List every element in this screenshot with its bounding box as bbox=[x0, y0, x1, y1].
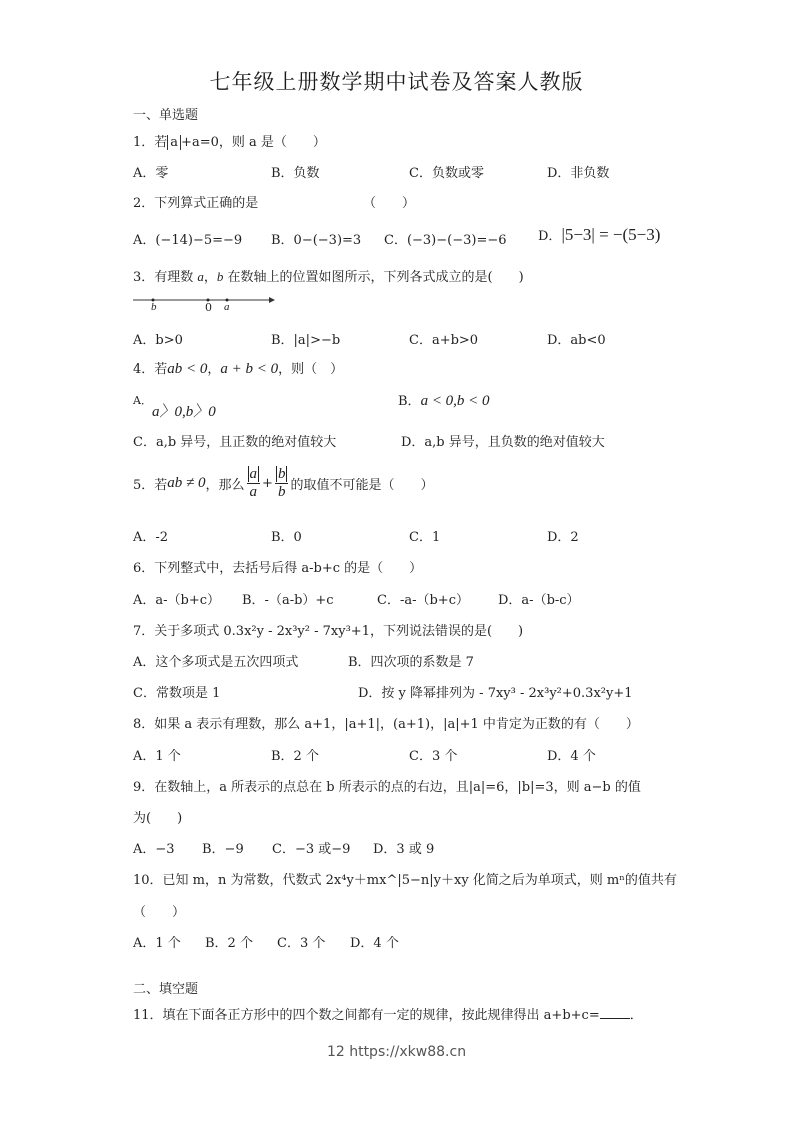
q4-option-b-label: B． bbox=[398, 394, 421, 409]
q8-option-c: C．3 个 bbox=[409, 745, 457, 764]
number-line-label-zero: 0 bbox=[205, 301, 212, 314]
q11-end: ． bbox=[630, 1008, 643, 1023]
q5-frac1-num: a bbox=[248, 466, 260, 482]
q5-cond: ab ≠ 0 bbox=[167, 475, 205, 491]
q3-option-b: B．|a|>−b bbox=[271, 329, 340, 348]
question-8-stem: 8．如果 a 表示有理数，那么 a+1，|a+1|，(a+1)，|a|+1 中肯… bbox=[133, 713, 639, 732]
q1-option-b: B．负数 bbox=[271, 162, 320, 181]
q4-option-b-math: a < 0,b < 0 bbox=[421, 393, 490, 409]
question-7-stem: 7．关于多项式 0.3x²y - 2x³y² - 7xy³+1，下列说法错误的是… bbox=[133, 620, 523, 639]
number-line-figure: b 0 a bbox=[133, 293, 273, 317]
q3-option-c: C．a+b>0 bbox=[409, 329, 478, 348]
q5-post: 的取值不可能是（ ） bbox=[290, 478, 433, 493]
q4-option-d: D．a,b 异号，且负数的绝对值较大 bbox=[401, 431, 605, 450]
q1-abs: a bbox=[167, 135, 181, 150]
document-page: 七年级上册数学期中试卷及答案人教版 一、单选题 1．若a+a=0，则 a 是（ … bbox=[0, 0, 793, 1122]
page-footer: 12 https://xkw88.cn bbox=[0, 1044, 793, 1060]
q2-option-c: C．(−3)−(−3)=−6 bbox=[384, 229, 507, 248]
q9-option-c: C．−3 或−9 bbox=[272, 838, 350, 857]
q9-option-d: D．3 或 9 bbox=[373, 838, 434, 857]
q3-stem-post: 在数轴上的位置如图所示，下列各式成立的是( ) bbox=[223, 270, 523, 285]
question-4-stem: 4．若ab < 0，a + b < 0，则（ ） bbox=[133, 358, 343, 378]
question-10-stem-line1: 10．已知 m，n 为常数，代数式 2x⁴y＋mx^|5−n|y＋xy 化简之后… bbox=[133, 869, 677, 888]
q7-option-b: B．四次项的系数是 7 bbox=[348, 651, 474, 670]
q5-option-c: C．1 bbox=[409, 526, 440, 545]
q11-answer-blank bbox=[600, 1006, 630, 1019]
q1-pre: 1．若 bbox=[133, 135, 167, 150]
q4-cond1: ab < 0 bbox=[167, 361, 207, 377]
q4-option-a: A．a〉0,b〉0 bbox=[133, 392, 216, 421]
q5-fraction-a: aa bbox=[247, 466, 261, 501]
q6-option-d: D．a-（b-c） bbox=[498, 589, 580, 608]
q5-fraction-b: bb bbox=[275, 466, 289, 501]
page-title: 七年级上册数学期中试卷及答案人教版 bbox=[0, 66, 793, 96]
number-line-label-b: b bbox=[151, 301, 157, 313]
q2-option-b: B．0−(−3)=3 bbox=[271, 229, 361, 248]
q1-option-c: C．负数或零 bbox=[409, 162, 484, 181]
question-6-stem: 6．下列整式中，去括号后得 a-b+c 的是（ ） bbox=[133, 557, 422, 576]
q7-option-d: D．按 y 降幂排列为 - 7xy³ - 2x³y²+0.3x²y+1 bbox=[358, 682, 633, 701]
q3-sep: ， bbox=[204, 270, 217, 285]
question-1-stem: 1．若a+a=0，则 a 是（ ） bbox=[133, 131, 326, 150]
question-11-stem: 11．填在下面各正方形中的四个数之间都有一定的规律，按此规律得出 a+b+c=． bbox=[133, 1004, 643, 1023]
q4-comma: ， bbox=[207, 362, 220, 377]
question-10-stem-line2: （ ） bbox=[133, 901, 185, 920]
q2-option-d: D．|5−3| = −(5−3) bbox=[538, 225, 660, 245]
question-9-stem-line1: 9．在数轴上，a 所表示的点总在 b 所表示的点的右边，且|a|=6，|b|=3… bbox=[133, 776, 641, 795]
section-heading-fill-blank: 二、填空题 bbox=[133, 978, 198, 997]
q10-option-b: B．2 个 bbox=[205, 932, 253, 951]
question-5-stem: 5．若ab ≠ 0，那么aa+bb的取值不可能是（ ） bbox=[133, 466, 433, 501]
number-line-label-a: a bbox=[224, 301, 230, 313]
q11-stem-text: 11．填在下面各正方形中的四个数之间都有一定的规律，按此规律得出 a+b+c= bbox=[133, 1008, 600, 1023]
q2-option-d-label: D． bbox=[538, 229, 561, 244]
q2-option-d-math: |5−3| = −(5−3) bbox=[561, 225, 660, 244]
q6-option-c: C．-a-（b+c） bbox=[377, 589, 469, 608]
question-3-stem: 3．有理数 a，b 在数轴上的位置如图所示，下列各式成立的是( ) bbox=[133, 266, 524, 285]
q5-mid: ，那么 bbox=[206, 478, 245, 493]
q5-plus: + bbox=[262, 476, 273, 491]
q8-option-a: A．1 个 bbox=[133, 745, 181, 764]
q2-stem-text: 2．下列算式正确的是 bbox=[133, 196, 258, 211]
q4-option-a-math: a〉0,b〉0 bbox=[152, 404, 216, 420]
q4-option-c: C．a,b 异号，且正数的绝对值较大 bbox=[133, 431, 336, 450]
q10-option-a: A．1 个 bbox=[133, 932, 181, 951]
question-9-stem-line2: 为( ) bbox=[133, 807, 182, 826]
question-2-stem: 2．下列算式正确的是 （ ） bbox=[133, 192, 258, 211]
q4-option-b: B．a < 0,b < 0 bbox=[398, 390, 490, 410]
q5-frac1-den: a bbox=[247, 484, 261, 501]
q4-pre: 4．若 bbox=[133, 362, 167, 377]
q2-option-a: A．(−14)−5=−9 bbox=[133, 229, 242, 248]
q10-option-d: D．4 个 bbox=[350, 932, 399, 951]
q9-option-b: B．−9 bbox=[202, 838, 244, 857]
q3-option-d: D．ab<0 bbox=[547, 329, 606, 348]
q8-option-d: D．4 个 bbox=[547, 745, 596, 764]
q4-post: ，则（ ） bbox=[278, 362, 343, 377]
q5-frac2-num: b bbox=[276, 466, 288, 482]
q1-option-a: A．零 bbox=[133, 162, 168, 181]
q6-option-a: A．a-（b+c） bbox=[133, 589, 220, 608]
q7-option-a: A．这个多项式是五次四项式 bbox=[133, 651, 298, 670]
q5-frac2-den: b bbox=[275, 484, 289, 501]
q7-option-c: C．常数项是 1 bbox=[133, 682, 220, 701]
q1-option-d: D．非负数 bbox=[547, 162, 609, 181]
q5-option-d: D．2 bbox=[547, 526, 579, 545]
q6-option-b: B．-（a-b）+c bbox=[242, 589, 334, 608]
q10-option-c: C．3 个 bbox=[277, 932, 325, 951]
q5-option-b: B．0 bbox=[271, 526, 302, 545]
q2-paren: （ ） bbox=[363, 192, 415, 211]
q8-option-b: B．2 个 bbox=[271, 745, 319, 764]
q3-stem-pre: 3．有理数 bbox=[133, 270, 197, 285]
q9-option-a: A．−3 bbox=[133, 838, 175, 857]
section-heading-single-choice: 一、单选题 bbox=[133, 104, 198, 123]
q5-pre: 5．若 bbox=[133, 478, 167, 493]
q3-option-a: A．b>0 bbox=[133, 329, 183, 348]
q4-option-a-label: A． bbox=[133, 394, 152, 407]
q4-cond2: a + b < 0 bbox=[220, 361, 278, 377]
q1-post: +a=0，则 a 是（ ） bbox=[181, 135, 326, 150]
q5-option-a: A．-2 bbox=[133, 526, 168, 545]
